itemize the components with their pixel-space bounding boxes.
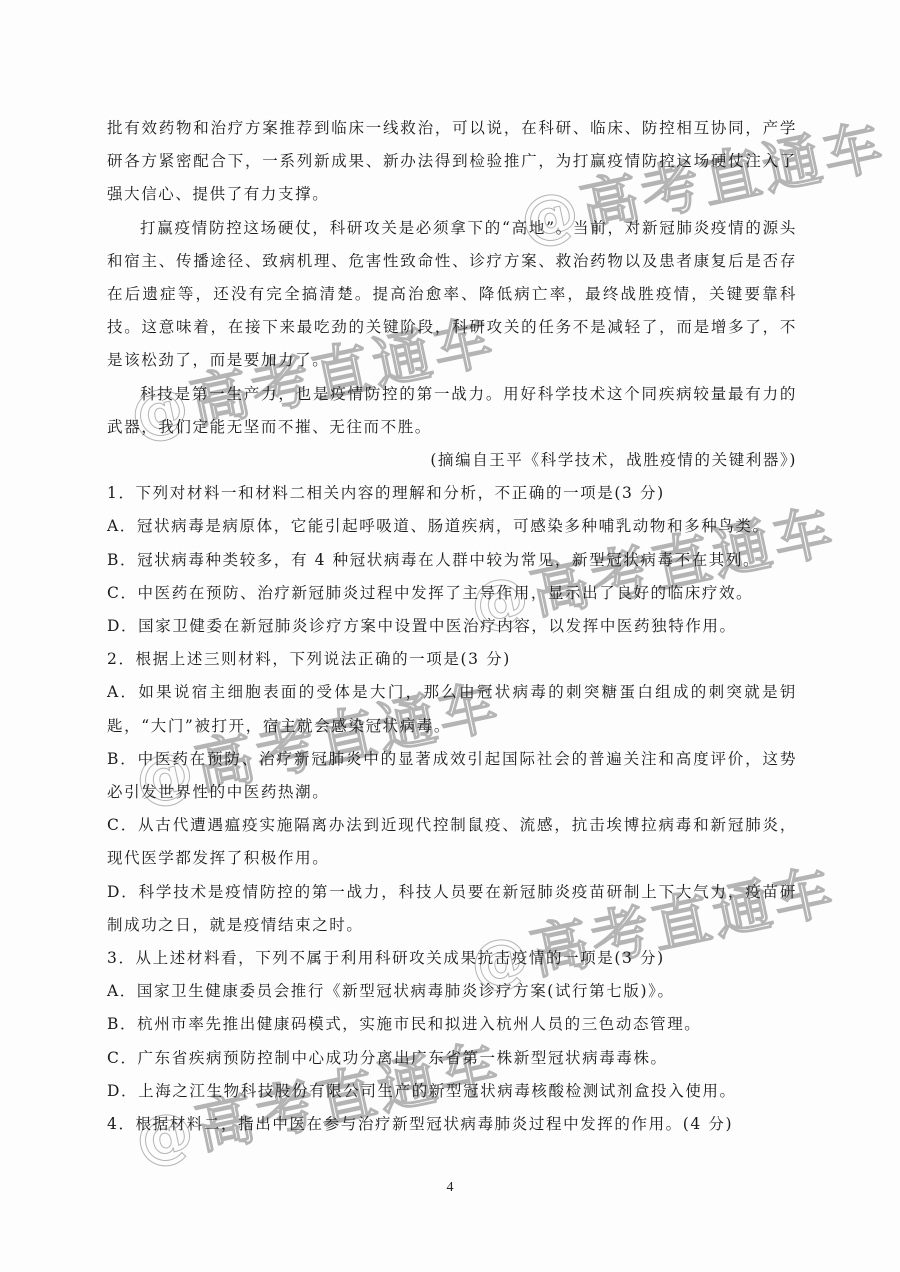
option: B．杭州市率先推出健康码模式，实施市民和拟进入杭州人员的三色动态管理。: [107, 1008, 797, 1041]
source-citation: (摘编自王平《科学技术，战胜疫情的关键利器》): [107, 444, 797, 477]
option: D．上海之江生物科技股份有限公司生产的新型冠状病毒核酸检测试剂盒投入使用。: [107, 1075, 797, 1108]
question-stem: 1．下列对材料一和材料二相关内容的理解和分析，不正确的一项是(3 分): [107, 477, 797, 510]
option: A．冠状病毒是病原体，它能引起呼吸道、肠道疾病，可感染多种哺乳动物和多种鸟类。: [107, 510, 797, 543]
document-body: 批有效药物和治疗方案推荐到临床一线救治，可以说，在科研、临床、防控相互协同，产学…: [107, 112, 797, 1141]
option: D．国家卫健委在新冠肺炎诊疗方案中设置中医治疗内容，以发挥中医药独特作用。: [107, 610, 797, 643]
option: A．国家卫生健康委员会推行《新型冠状病毒肺炎诊疗方案(试行第七版)》。: [107, 975, 797, 1008]
option: C．中医药在预防、治疗新冠肺炎过程中发挥了主导作用，显示出了良好的临床疗效。: [107, 577, 797, 610]
option: A．如果说宿主细胞表面的受体是大门，那么由冠状病毒的刺突糖蛋白组成的刺突就是钥匙…: [107, 676, 797, 742]
paragraph: 科技是第一生产力，也是疫情防控的第一战力。用好科学技术这个同疾病较量最有力的武器…: [107, 378, 797, 444]
paragraph: 打赢疫情防控这场硬仗，科研攻关是必须拿下的“高地”。当前，对新冠肺炎疫情的源头和…: [107, 212, 797, 378]
question-stem: 3．从上述材料看，下列不属于利用科研攻关成果抗击疫情的一项是(3 分): [107, 942, 797, 975]
option: B．冠状病毒种类较多，有 4 种冠状病毒在人群中较为常见，新型冠状病毒不在其列。: [107, 544, 797, 577]
option: D．科学技术是疫情防控的第一战力，科技人员要在新冠肺炎疫苗研制上下大气力，疫苗研…: [107, 876, 797, 942]
document-page: @高考直通车 @高考直通车 @高考直通车 @高考直通车 @高考直通车 @高考直通…: [0, 0, 900, 1272]
question-stem: 4．根据材料二，指出中医在参与治疗新型冠状病毒肺炎过程中发挥的作用。(4 分): [107, 1108, 797, 1141]
option: B．中医药在预防、治疗新冠肺炎中的显著成效引起国际社会的普遍关注和高度评价，这势…: [107, 743, 797, 809]
paragraph: 批有效药物和治疗方案推荐到临床一线救治，可以说，在科研、临床、防控相互协同，产学…: [107, 112, 797, 212]
option: C．从古代遭遇瘟疫实施隔离办法到近现代控制鼠疫、流感，抗击埃博拉病毒和新冠肺炎，…: [107, 809, 797, 875]
page-number: 4: [0, 1180, 900, 1196]
question-stem: 2．根据上述三则材料，下列说法正确的一项是(3 分): [107, 643, 797, 676]
option: C．广东省疾病预防控制中心成功分离出广东省第一株新型冠状病毒毒株。: [107, 1042, 797, 1075]
